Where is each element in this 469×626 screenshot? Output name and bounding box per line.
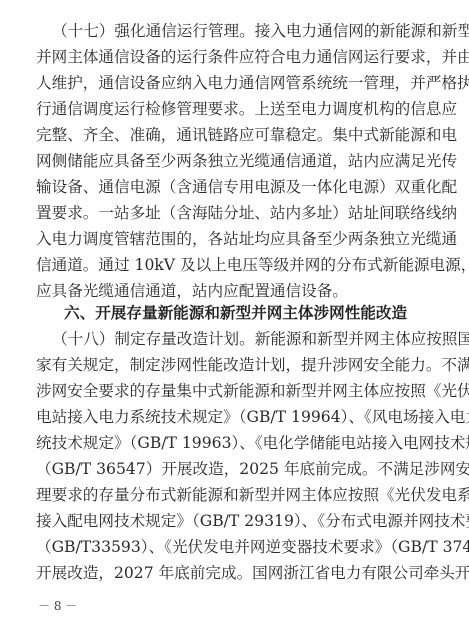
paragraph-18-line-8: 接入配电网技术规定》（GB/T 29319）、《分布式电源并网技术要求》 bbox=[36, 508, 428, 534]
page-number: － 8 － bbox=[38, 597, 77, 614]
paragraph-17-line-4: 行通信调度运行检修管理要求。上送至电力调度机构的信息应 bbox=[36, 96, 428, 122]
paragraph-17-line-3: 人维护，通信设备应纳入电力通信网管系统统一管理，并严格执 bbox=[36, 70, 428, 96]
paragraph-17-line-5: 完整、齐全、准确，通讯链路应可靠稳定。集中式新能源和电 bbox=[36, 122, 428, 148]
paragraph-18-line-7: 理要求的存量分布式新能源和新型并网主体应按照《光伏发电系统 bbox=[36, 482, 428, 508]
paragraph-18-line-10: 开展改造，2027 年底前完成。国网浙江省电力有限公司牵头开展 bbox=[36, 560, 428, 586]
paragraph-17-line-2: 并网主体通信设备的运行条件应符合电力通信网运行要求，并由专 bbox=[36, 44, 428, 70]
paragraph-18-line-3: 涉网安全要求的存量集中式新能源和新型并网主体应按照《光伏发 bbox=[36, 378, 428, 404]
paragraph-18-line-5: 统技术规定》（GB/T 19963）、《电化学储能电站接入电网技术规定》 bbox=[36, 430, 428, 456]
paragraph-18-line-6: （GB/T 36547）开展改造，2025 年底前完成。不满足涉网安全管 bbox=[36, 456, 428, 482]
paragraph-17-line-6: 网侧储能应具备至少两条独立光缆通信通道，站内应满足光传 bbox=[36, 148, 428, 174]
section-heading: 六、开展存量新能源和新型并网主体涉网性能改造 bbox=[64, 300, 407, 326]
paragraph-17-line-1: （十七）强化通信运行管理。接入电力通信网的新能源和新型 bbox=[52, 18, 428, 44]
paragraph-18-line-1: （十八）制定存量改造计划。新能源和新型并网主体应按照国 bbox=[52, 326, 428, 352]
paragraph-18-line-4: 电站接入电力系统技术规定》（GB/T 19964）、《风电场接入电力系 bbox=[36, 404, 428, 430]
document-page: （十七）强化通信运行管理。接入电力通信网的新能源和新型 并网主体通信设备的运行条… bbox=[0, 0, 469, 626]
paragraph-17-line-7: 输设备、通信电源（含通信专用电源及一体化电源）双重化配 bbox=[36, 174, 428, 200]
paragraph-17-line-8: 置要求。一站多址（含海陆分址、站内多址）站址间联络线纳 bbox=[36, 200, 428, 226]
paragraph-18-line-9: （GB/T33593）、《光伏发电并网逆变器技术要求》（GB/T 37408） bbox=[36, 534, 428, 560]
paragraph-17-line-10: 信通道。通过 10kV 及以上电压等级并网的分布式新能源电源， bbox=[36, 252, 428, 278]
paragraph-17-line-9: 入电力调度管辖范围的，各站址均应具备至少两条独立光缆通 bbox=[36, 226, 428, 252]
paragraph-18-line-2: 家有关规定，制定涉网性能改造计划，提升涉网安全能力。不满足 bbox=[36, 352, 428, 378]
